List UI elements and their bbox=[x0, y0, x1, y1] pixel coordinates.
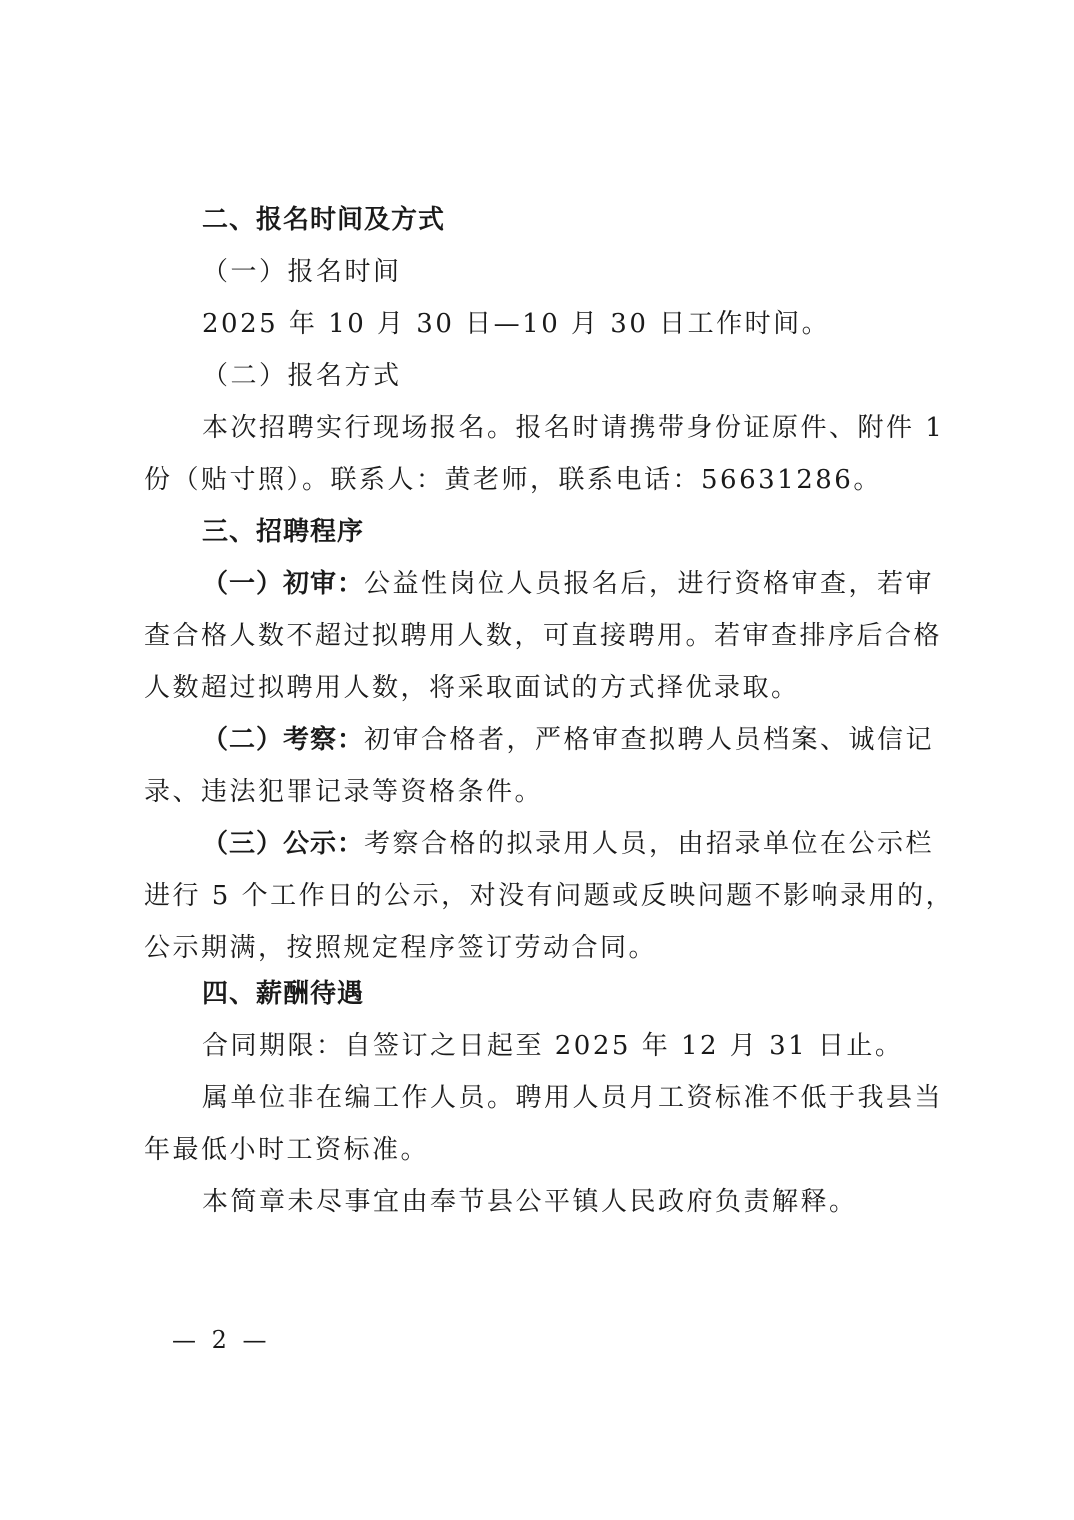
compensation-text-2: 年最低小时工资标准。 bbox=[144, 1132, 429, 1168]
section-heading-registration: 二、报名时间及方式 bbox=[202, 202, 445, 238]
procedure-item-1-line-2: 查合格人数不超过拟聘用人数，可直接聘用。若审查排序后合格 bbox=[144, 618, 942, 654]
procedure-item-3-line-1: （三）公示：考察合格的拟录用人员，由招录单位在公示栏 bbox=[202, 826, 934, 862]
procedure-item-2-line-1: （二）考察：初审合格者，严格审查拟聘人员档案、诚信记 bbox=[202, 722, 934, 758]
procedure-item-3-line-3: 公示期满，按照规定程序签订劳动合同。 bbox=[144, 930, 657, 966]
page-number: — 2 — bbox=[172, 1322, 271, 1358]
contract-term-text: 合同期限：自签订之日起至 2025 年 12 月 31 日止。 bbox=[202, 1028, 903, 1064]
interpretation-note: 本简章未尽事宜由奉节县公平镇人民政府负责解释。 bbox=[202, 1184, 858, 1220]
subheading-registration-time: （一）报名时间 bbox=[202, 254, 402, 290]
section-heading-procedure: 三、招聘程序 bbox=[202, 514, 364, 550]
registration-method-text-1: 本次招聘实行现场报名。报名时请携带身份证原件、附件 1 bbox=[202, 410, 944, 446]
registration-method-text-2: 份（贴寸照）。联系人：黄老师，联系电话：56631286。 bbox=[144, 462, 882, 498]
procedure-item-2-label: （二）考察： bbox=[202, 725, 364, 755]
procedure-item-1-line-3: 人数超过拟聘用人数，将采取面试的方式择优录取。 bbox=[144, 670, 800, 706]
subheading-registration-method: （二）报名方式 bbox=[202, 358, 402, 394]
compensation-text-1: 属单位非在编工作人员。聘用人员月工资标准不低于我县当 bbox=[202, 1080, 943, 1116]
procedure-item-1-line-1: （一）初审：公益性岗位人员报名后，进行资格审查，若审 bbox=[202, 566, 934, 602]
section-heading-compensation: 四、薪酬待遇 bbox=[202, 976, 364, 1012]
procedure-item-2-line-2: 录、违法犯罪记录等资格条件。 bbox=[144, 774, 543, 810]
procedure-item-1-label: （一）初审： bbox=[202, 569, 364, 599]
procedure-item-3-label: （三）公示： bbox=[202, 829, 364, 859]
document-page: 二、报名时间及方式 （一）报名时间 2025 年 10 月 30 日—10 月 … bbox=[0, 0, 1074, 1520]
registration-time-text: 2025 年 10 月 30 日—10 月 30 日工作时间。 bbox=[202, 306, 830, 342]
procedure-item-3-line-2: 进行 5 个工作日的公示，对没有问题或反映问题不影响录用的， bbox=[144, 878, 954, 914]
